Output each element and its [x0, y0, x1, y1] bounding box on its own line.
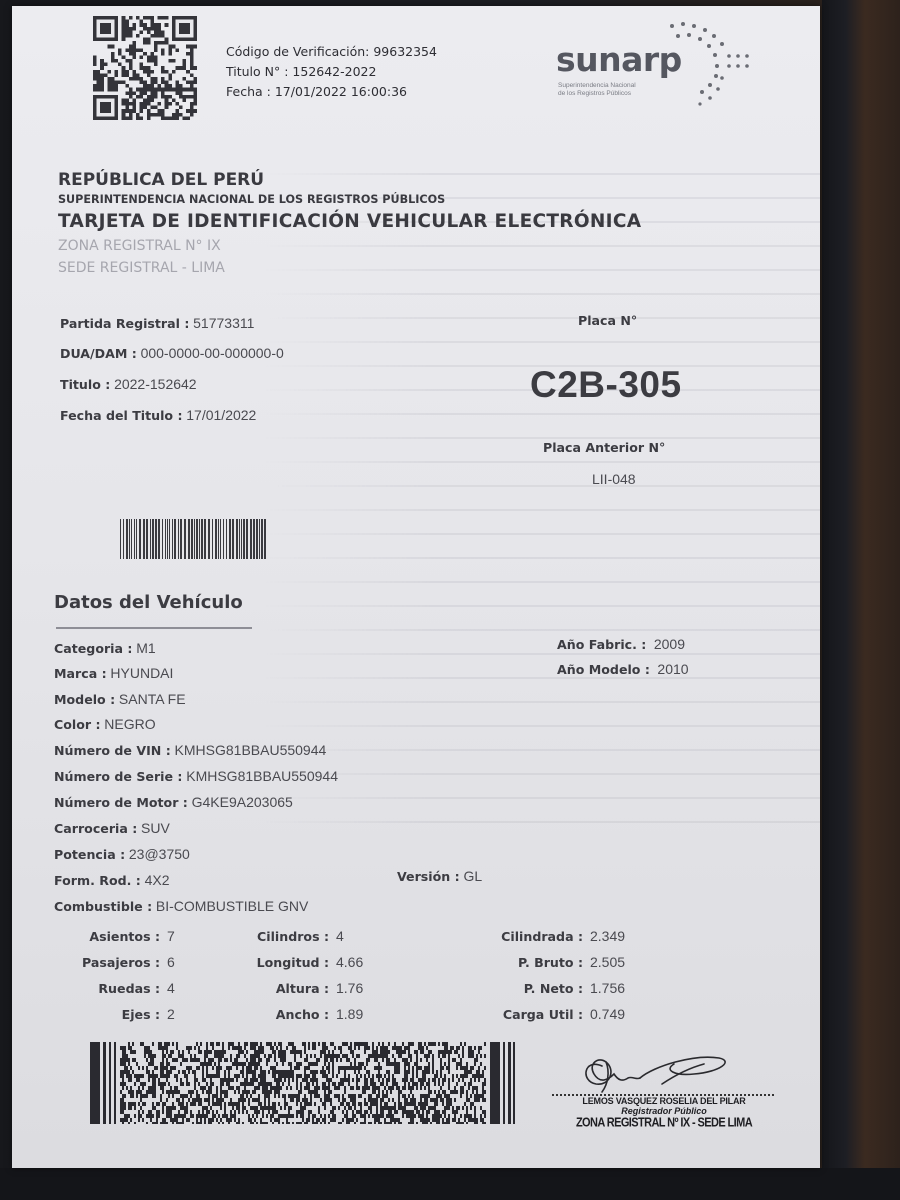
logo-subtitle-line1: Superintendencia Nacional — [558, 82, 668, 90]
vehicle-field: Número de Motor : G4KE9A203065 — [54, 794, 293, 810]
plate-number: C2B-305 — [530, 364, 682, 406]
verification-code-label: Código de Verificación: — [226, 44, 369, 59]
version-value: GL — [463, 868, 482, 884]
spec-field: P. Neto :1.756 — [12, 980, 625, 996]
fecha-titulo-label: Fecha del Titulo : — [60, 408, 183, 423]
vehicle-field: Form. Rod. : 4X2 — [54, 872, 170, 888]
spec-field: Carga Util :0.749 — [12, 1006, 625, 1022]
logo-wordmark: sunarp — [556, 40, 682, 79]
spec-field: Cilindrada :2.349 — [12, 928, 625, 944]
vehicle-id-card-document: Código de Verificación: 99632354 Titulo … — [12, 6, 820, 1168]
spec-value: 2.349 — [590, 928, 625, 944]
spec-field: P. Bruto :2.505 — [12, 954, 625, 970]
republic-heading: REPÚBLICA DEL PERÚ — [58, 170, 264, 190]
version-label: Versión : — [397, 869, 460, 884]
previous-plate-label: Placa Anterior N° — [543, 440, 665, 455]
titulo-value: 152642-2022 — [292, 64, 376, 79]
vehicle-field-label: Número de VIN : — [54, 743, 171, 758]
vehicle-field-label: Potencia : — [54, 847, 125, 862]
spec-label: Carga Util : — [12, 1007, 583, 1022]
vehicle-field: Combustible : BI-COMBUSTIBLE GNV — [54, 898, 308, 914]
spec-label: Cilindrada : — [12, 929, 583, 944]
previous-plate-number: LII-048 — [592, 471, 636, 487]
vehicle-field-value: 4X2 — [145, 872, 170, 888]
anio-modelo-label: Año Modelo : — [557, 662, 650, 677]
partida-value: 51773311 — [193, 315, 254, 331]
desk-background-bottom — [0, 1168, 900, 1200]
plate-label: Placa N° — [578, 313, 637, 328]
fecha-line: Fecha : 17/01/2022 16:00:36 — [226, 82, 437, 102]
registrar-role: Registrador Público — [544, 1106, 784, 1116]
document-title: TARJETA DE IDENTIFICACIÓN VEHICULAR ELEC… — [58, 211, 641, 232]
vehicle-field-value: NEGRO — [104, 716, 155, 732]
vehicle-field-label: Modelo : — [54, 692, 115, 707]
spec-value: 0.749 — [590, 1006, 625, 1022]
titulo-field-value: 2022-152642 — [114, 376, 197, 392]
verification-code-line: Código de Verificación: 99632354 — [226, 42, 437, 62]
linear-barcode — [118, 519, 270, 559]
spec-value: 2.505 — [590, 954, 625, 970]
vehicle-field-value: 23@3750 — [129, 846, 190, 862]
pdf417-barcode — [90, 1042, 516, 1124]
registrar-name: LEMOS VASQUEZ ROSELIA DEL PILAR — [544, 1096, 784, 1106]
vehicle-field-label: Marca : — [54, 666, 107, 681]
partida-registral-field: Partida Registral : 51773311 — [60, 315, 254, 331]
dua-label: DUA/DAM : — [60, 346, 137, 361]
vehicle-field-value: KMHSG81BBAU550944 — [175, 742, 327, 758]
titulo-label: Titulo N° : — [226, 64, 288, 79]
spec-label: P. Bruto : — [12, 955, 583, 970]
vehicle-field-label: Combustible : — [54, 899, 152, 914]
vehicle-field-value: HYUNDAI — [110, 665, 173, 681]
zona-registral: ZONA REGISTRAL N° IX — [58, 238, 221, 254]
vehicle-field: Modelo : SANTA FE — [54, 691, 186, 707]
anio-modelo-value: 2010 — [657, 661, 688, 677]
fecha-value: 17/01/2022 16:00:36 — [275, 84, 407, 99]
spec-value: 1.756 — [590, 980, 625, 996]
vehicle-field: Carroceria : SUV — [54, 820, 170, 836]
verification-info: Código de Verificación: 99632354 Titulo … — [226, 42, 437, 102]
titulo-line: Titulo N° : 152642-2022 — [226, 62, 437, 82]
section-divider — [56, 627, 252, 629]
vehicle-field-value: M1 — [136, 640, 155, 656]
vehicle-field-value: G4KE9A203065 — [192, 794, 293, 810]
vehicle-field-label: Carroceria : — [54, 821, 137, 836]
titulo-field-label: Titulo : — [60, 377, 110, 392]
dua-value: 000-0000-00-000000-0 — [141, 345, 284, 361]
vehicle-field-value: BI-COMBUSTIBLE GNV — [156, 898, 308, 914]
anio-fabric-field: Año Fabric. : 2009 — [557, 636, 685, 652]
fecha-titulo-value: 17/01/2022 — [186, 407, 256, 423]
vehicle-field-value: SUV — [141, 820, 170, 836]
anio-fabric-label: Año Fabric. : — [557, 637, 646, 652]
vehicle-field-label: Form. Rod. : — [54, 873, 141, 888]
vehicle-field-value: KMHSG81BBAU550944 — [186, 768, 338, 784]
partida-label: Partida Registral : — [60, 316, 189, 331]
fecha-titulo-field: Fecha del Titulo : 17/01/2022 — [60, 407, 256, 423]
vehicle-field-label: Color : — [54, 717, 101, 732]
vehicle-field-label: Número de Motor : — [54, 795, 188, 810]
vehicle-field-label: Número de Serie : — [54, 769, 182, 784]
logo-subtitle: Superintendencia Nacional de los Registr… — [558, 82, 668, 98]
spec-label: P. Neto : — [12, 981, 583, 996]
vehicle-field: Número de VIN : KMHSG81BBAU550944 — [54, 742, 326, 758]
vehicle-field: Color : NEGRO — [54, 716, 156, 732]
dua-dam-field: DUA/DAM : 000-0000-00-000000-0 — [60, 345, 284, 361]
sede-registral: SEDE REGISTRAL - LIMA — [58, 260, 225, 276]
desk-background-right — [822, 0, 900, 1200]
sunarp-logo: sunarp Superintendencia Nacional de los … — [552, 16, 762, 111]
vehicle-section-title: Datos del Vehículo — [54, 592, 243, 613]
titulo-field: Titulo : 2022-152642 — [60, 376, 197, 392]
anio-modelo-field: Año Modelo : 2010 — [557, 661, 689, 677]
vehicle-field-value: SANTA FE — [119, 691, 186, 707]
registrar-signature-block: LEMOS VASQUEZ ROSELIA DEL PILAR Registra… — [544, 1036, 784, 1146]
vehicle-field: Número de Serie : KMHSG81BBAU550944 — [54, 768, 338, 784]
verification-code-value: 99632354 — [373, 44, 437, 59]
registrar-zone: ZONA REGISTRAL Nº IX - SEDE LIMA — [544, 1116, 784, 1130]
version-field: Versión : GL — [397, 868, 482, 884]
qr-code — [86, 16, 204, 120]
vehicle-field: Categoria : M1 — [54, 640, 156, 656]
logo-subtitle-line2: de los Registros Públicos — [558, 90, 668, 98]
fecha-label: Fecha : — [226, 84, 271, 99]
anio-fabric-value: 2009 — [654, 636, 685, 652]
bleed-through-text — [262, 156, 820, 836]
vehicle-field: Marca : HYUNDAI — [54, 665, 173, 681]
vehicle-field-label: Categoria : — [54, 641, 132, 656]
vehicle-field: Potencia : 23@3750 — [54, 846, 190, 862]
superintendencia-heading: SUPERINTENDENCIA NACIONAL DE LOS REGISTR… — [58, 193, 445, 206]
